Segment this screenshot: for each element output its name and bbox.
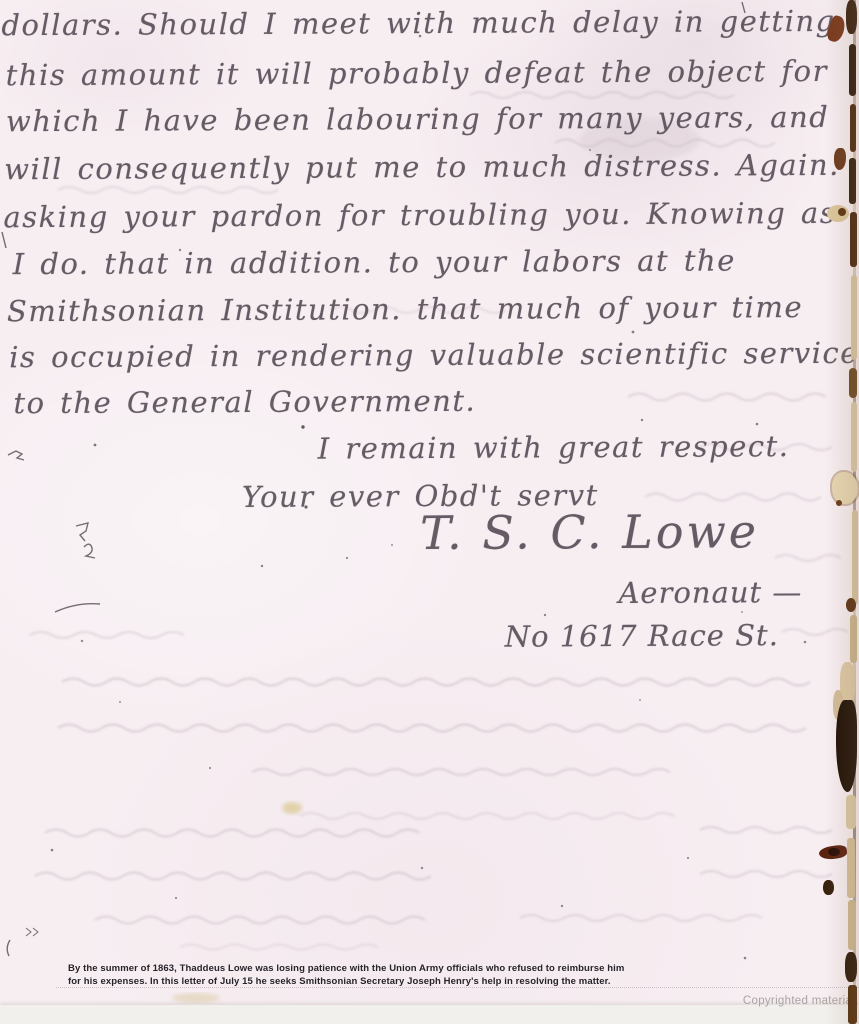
letter-line: asking your pardon for troubling you. Kn… [3,196,836,234]
letter-line: is occupied in rendering valuable scient… [9,336,859,374]
letter-closing-line: I remain with great respect. [318,429,790,465]
caption-line-2: for his expenses. In this letter of July… [68,975,688,988]
letter-body: dollars. Should I meet with much delay i… [0,0,859,1024]
letter-line: will consequently put me to much distres… [4,148,840,186]
letter-line: Smithsonian Institution. that much of yo… [7,290,803,328]
scan-bottom-edge [0,1005,859,1024]
caption-line-1: By the summer of 1863, Thaddeus Lowe was… [68,962,688,975]
letter-line: dollars. Should I meet with much delay i… [1,4,835,42]
scanned-letter-page: dollars. Should I meet with much delay i… [0,0,859,1024]
letter-line: to the General Government. [13,384,476,420]
signature-title: Aeronaut — [618,575,802,610]
letter-line: this amount it will probably defeat the … [6,54,828,92]
caption: By the summer of 1863, Thaddeus Lowe was… [68,962,688,988]
letter-line: I do. that in addition. to your labors a… [13,243,736,281]
signature-address: No 1617 Race St. [505,618,779,653]
letter-line: which I have been labouring for many yea… [6,100,830,138]
copyright-watermark: Copyrighted material [743,995,855,1007]
signature: T. S. C. Lowe [420,504,759,560]
